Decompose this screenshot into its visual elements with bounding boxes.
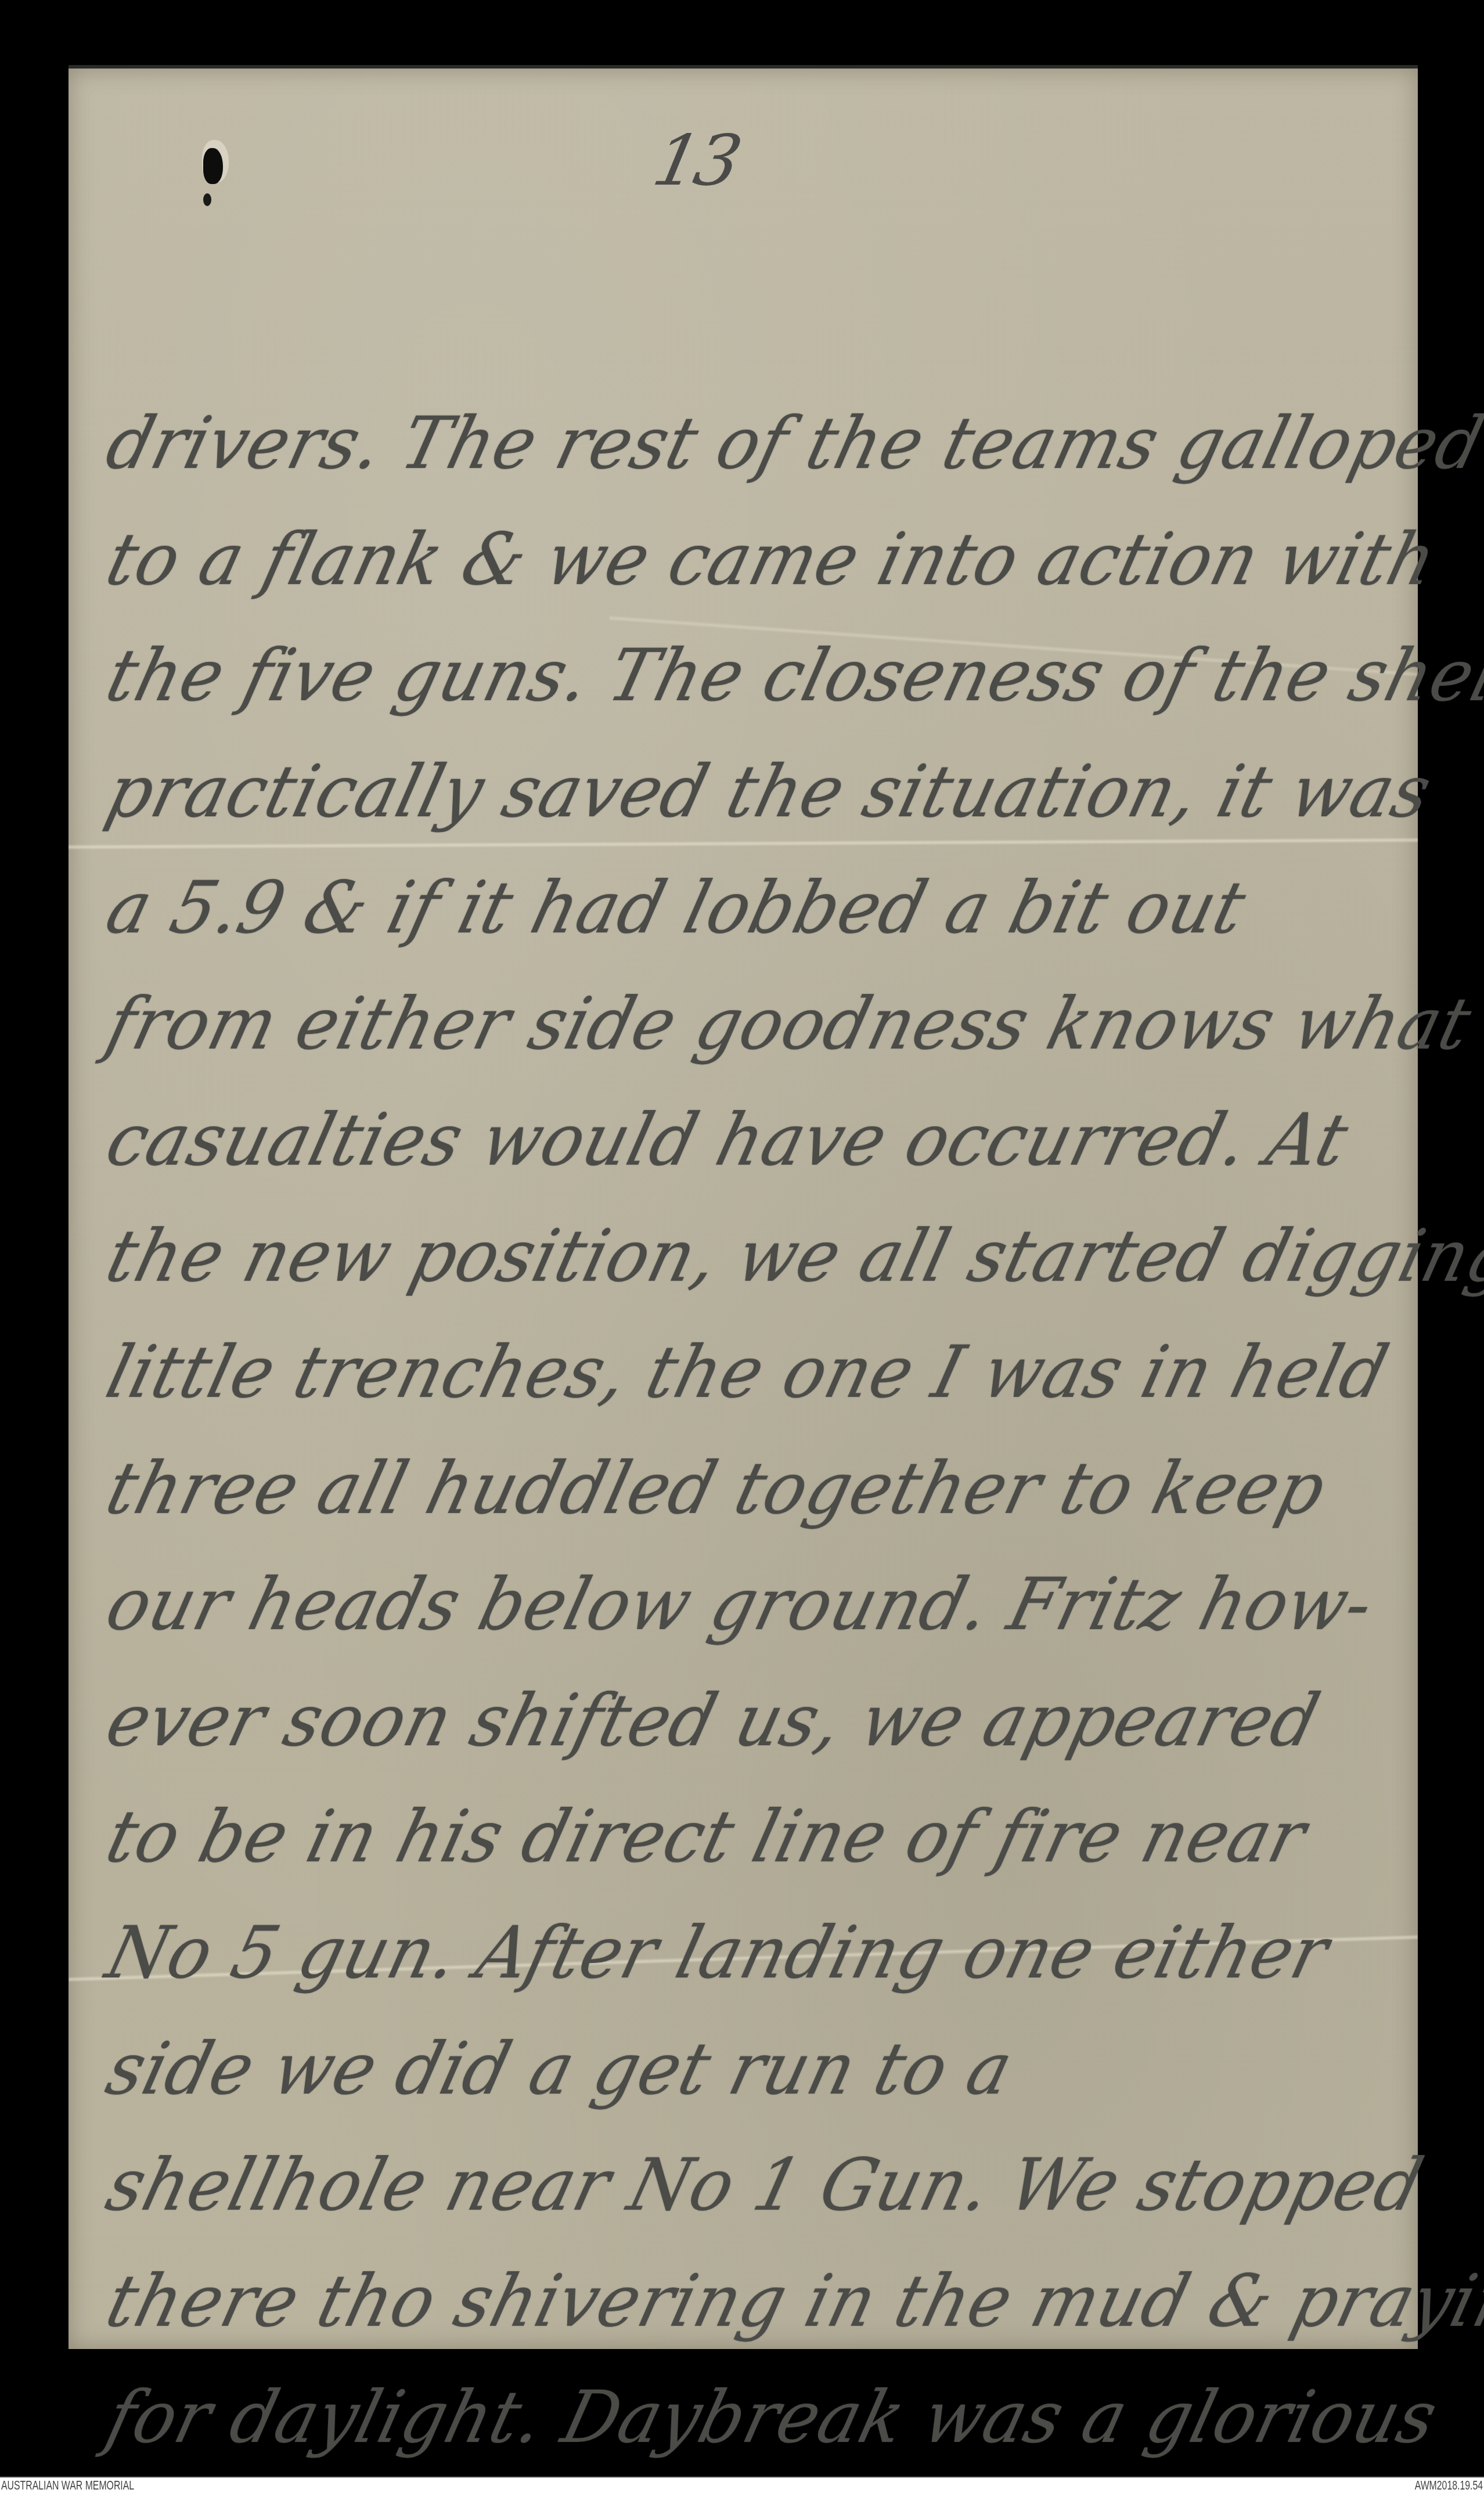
page-number: 13	[646, 121, 745, 201]
handwritten-text-body: drivers. The rest of the teams galloped …	[109, 385, 1386, 2475]
archive-footer: AUSTRALIAN WAR MEMORIAL AWM2018.19.54	[0, 2477, 1484, 2493]
handwritten-line: to be in his direct line of fire near	[94, 1775, 1402, 1897]
punch-hole-icon	[203, 193, 211, 206]
handwritten-line: for daylight. Daybreak was a glorious	[94, 2356, 1402, 2478]
handwritten-line: there tho shivering in the mud & praying	[94, 2240, 1402, 2362]
handwritten-line: ever soon shifted us, we appeared	[94, 1659, 1402, 1781]
handwritten-line: practically saved the situation, it was	[94, 730, 1402, 852]
handwritten-line: our heads below ground. Fritz how-	[94, 1543, 1402, 1665]
handwritten-line: to a flank & we came into action with	[94, 498, 1402, 620]
letter-page: 13 drivers. The rest of the teams gallop…	[69, 65, 1418, 2349]
handwritten-line: little trenches, the one I was in held	[94, 1311, 1402, 1433]
catalogue-id: AWM2018.19.54	[1415, 2478, 1483, 2493]
institution-label: AUSTRALIAN WAR MEMORIAL	[1, 2478, 134, 2493]
handwritten-line: shellhole near No 1 Gun. We stopped	[94, 2124, 1402, 2246]
handwritten-line: drivers. The rest of the teams galloped	[94, 382, 1402, 504]
handwritten-line: the five guns. The closeness of the shel…	[94, 614, 1402, 736]
handwritten-line: a 5.9 & if it had lobbed a bit out	[94, 846, 1402, 968]
handwritten-line: the new position, we all started digging	[94, 1195, 1402, 1317]
scan-background: 13 drivers. The rest of the teams gallop…	[0, 0, 1484, 2477]
handwritten-line: No 5 gun. After landing one either	[94, 1892, 1402, 2013]
handwritten-line: side we did a get run to a	[94, 2008, 1402, 2130]
handwritten-line: three all huddled together to keep	[94, 1427, 1402, 1549]
handwritten-line: from either side goodness knows what	[94, 963, 1402, 1085]
punch-hole-icon	[203, 148, 223, 184]
handwritten-line: casualties would have occurred. At	[94, 1079, 1402, 1201]
